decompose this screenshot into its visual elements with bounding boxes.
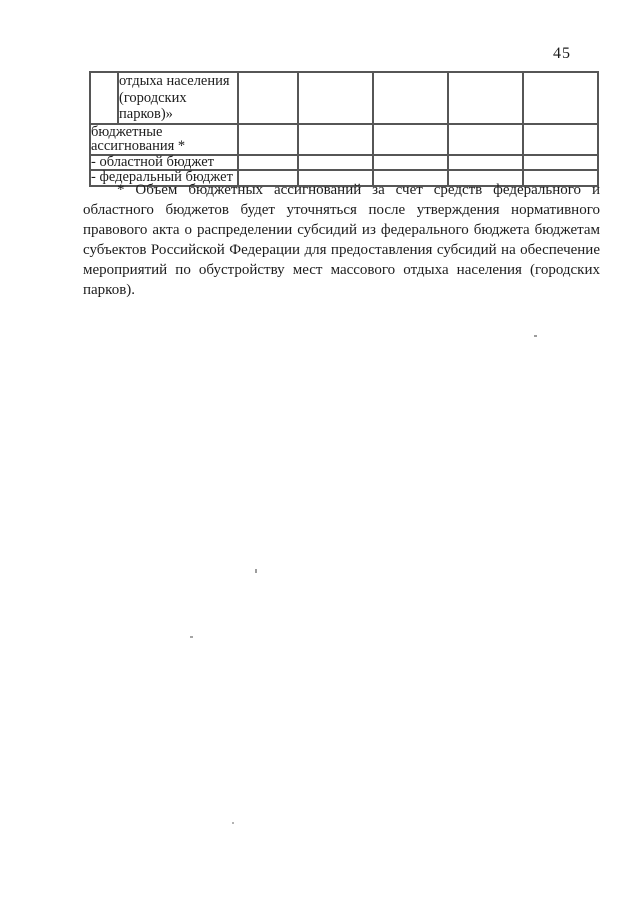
table-cell-empty (373, 124, 448, 155)
table-row: - областной бюджет (90, 155, 598, 171)
footnote-line: * Объем бюджетных ассигнований за счет с… (83, 180, 600, 200)
table-cell-carryover-text: отдыха населения (городских парков)» (118, 72, 238, 124)
table-cell-empty (238, 155, 298, 171)
table-cell-empty (523, 124, 598, 155)
table-row: бюджетные ассигнования * (90, 124, 598, 155)
table-cell-empty (448, 155, 523, 171)
table-cell-empty (448, 72, 523, 124)
carryover-line: (городских (119, 90, 237, 107)
table-row-header: бюджетные ассигнования * (90, 124, 238, 155)
row-header-line: бюджетные (91, 125, 237, 140)
carryover-line: парков)» (119, 106, 237, 123)
table-cell-empty (523, 72, 598, 124)
table-cell-empty (238, 124, 298, 155)
table-cell-marker-empty (90, 72, 118, 124)
footnote-line: мероприятий по обустройству мест массово… (83, 260, 600, 280)
table-cell-empty (298, 124, 373, 155)
row-header-line: - областной бюджет (91, 156, 237, 170)
scan-artifact (534, 335, 537, 337)
table-cell-empty (373, 155, 448, 171)
budget-table: отдыха населения (городских парков)» бюд… (89, 71, 599, 187)
table-cell-empty (373, 72, 448, 124)
scan-artifact (190, 636, 193, 638)
footnote-line: областного бюджетов будет уточняться пос… (83, 200, 600, 220)
footnote-line: правового акта о распределении субсидий … (83, 220, 600, 240)
scan-artifact (255, 569, 257, 573)
table-cell-empty (298, 72, 373, 124)
table-row-carryover: отдыха населения (городских парков)» (90, 72, 598, 124)
table-cell-empty (448, 124, 523, 155)
table-row-header: - областной бюджет (90, 155, 238, 171)
footnote-line: парков). (83, 280, 600, 300)
scan-artifact (232, 822, 234, 824)
table-cell-empty (238, 72, 298, 124)
row-header-line: ассигнования * (91, 139, 237, 154)
table-cell-empty (298, 155, 373, 171)
page-number: 45 (553, 45, 571, 63)
document-page: 45 отдыха населения (городских парков)» (0, 0, 640, 905)
footnote-line: субъектов Российской Федерации для предо… (83, 240, 600, 260)
footnote: * Объем бюджетных ассигнований за счет с… (83, 180, 600, 300)
carryover-line: отдыха населения (119, 73, 237, 90)
table-cell-empty (523, 155, 598, 171)
